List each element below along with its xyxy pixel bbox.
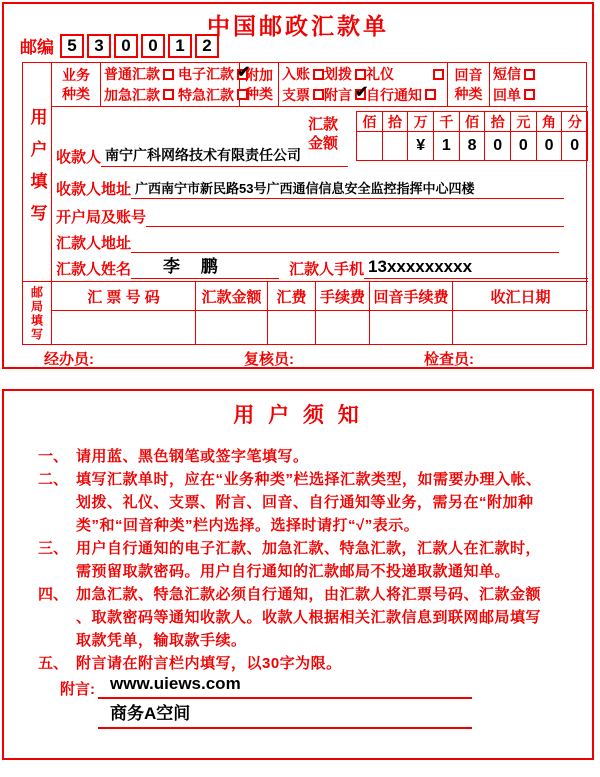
empty-cell — [316, 311, 370, 345]
checkbox-postscript[interactable] — [355, 89, 366, 100]
office-table-empty-row — [52, 311, 588, 345]
sender-mobile-field[interactable]: 13xxxxxxxxx — [364, 257, 588, 279]
office-table-header: 汇 票 号 码 汇款金额 汇费 手续费 回音手续费 收汇日期 — [52, 281, 588, 311]
option-cheque-label: 支票 — [282, 85, 310, 105]
staff-signature-row: 经办员: 复核员: 检查员: — [4, 348, 592, 366]
column-amount: 汇款金额 — [196, 282, 268, 310]
payee-row: 收款人 南宁广科网络技术有限责任公司 — [56, 145, 348, 167]
reply-type-header: 回音 种类 — [448, 63, 490, 106]
notice-item: 一、 请用蓝、黑色钢笔或签字笔填写。 — [38, 445, 572, 468]
user-fill-section-header: 用户填写 — [23, 63, 52, 281]
empty-cell — [268, 311, 316, 345]
column-reply-fee: 回音手续费 — [370, 282, 453, 310]
service-type-header: 业务 种类 — [52, 63, 101, 106]
checkbox-gift[interactable] — [433, 69, 444, 80]
notice-list: 一、 请用蓝、黑色钢笔或签字笔填写。 二、 填写汇款单时，应在“业务种类”栏选择… — [38, 445, 572, 675]
empty-cell — [52, 311, 196, 345]
postal-digit-box[interactable]: 0 — [114, 34, 138, 58]
option-gift-label: 礼仪 — [366, 64, 394, 84]
page: 中国邮政汇款单 邮编 5 3 0 0 1 2 用户填写 邮局填写 业务 种类 — [0, 0, 600, 777]
notice-title: 用 户 须 知 — [4, 399, 592, 429]
amount-digit-cell[interactable]: 1 — [434, 132, 460, 160]
amount-values: ¥ 1 8 0 0 0 0 — [357, 132, 587, 160]
checkbox-receipt[interactable] — [524, 89, 535, 100]
sender-name-label: 汇款人姓名 — [56, 258, 131, 279]
option-urgent-remittance-label: 加急汇款 — [104, 85, 160, 105]
empty-cell — [370, 311, 453, 345]
column-receive-date: 收汇日期 — [453, 282, 588, 310]
bank-account-field[interactable] — [146, 225, 564, 227]
amount-unit-header: 佰 拾 万 千 佰 拾 元 角 分 — [357, 112, 587, 132]
amount-digit-cell[interactable]: 0 — [485, 132, 511, 160]
bank-account-label: 开户局及账号 — [56, 206, 146, 227]
postscript-line-2[interactable]: 商务A空间 — [98, 702, 472, 729]
column-remit-fee: 汇费 — [268, 282, 316, 310]
checkbox-cheque[interactable] — [313, 89, 324, 100]
postal-digit-box[interactable]: 0 — [141, 34, 165, 58]
money-order-form: 中国邮政汇款单 邮编 5 3 0 0 1 2 用户填写 邮局填写 业务 种类 — [2, 2, 594, 369]
option-self-notify-label: 自行通知 — [366, 85, 422, 105]
option-ordinary-remittance-label: 普通汇款 — [104, 64, 160, 84]
checkbox-express-remittance[interactable] — [237, 89, 248, 100]
checkbox-sms[interactable] — [524, 69, 535, 80]
payee-address-field[interactable]: 广西南宁市新民路53号广西通信信息安全监控指挥中心四楼 — [131, 178, 564, 199]
postscript-line-1[interactable]: www.uiews.com — [98, 672, 472, 699]
postscript-label: 附言: — [60, 678, 95, 699]
operator-label: 经办员: — [44, 348, 94, 369]
postal-code-label: 邮编 — [20, 33, 54, 58]
sender-name-field[interactable]: 李 鹏 — [131, 252, 279, 279]
postal-digit-box[interactable]: 2 — [195, 34, 219, 58]
payee-address-label: 收款人地址 — [56, 178, 131, 199]
checkbox-self-notify[interactable] — [425, 89, 436, 100]
option-postscript-label: 附言 — [324, 85, 352, 105]
amount-digit-cell[interactable]: 0 — [537, 132, 563, 160]
option-deposit-label: 入账 — [282, 64, 310, 84]
empty-cell — [453, 311, 588, 345]
postal-digit-box[interactable]: 3 — [87, 34, 111, 58]
reviewer-label: 复核员: — [244, 348, 294, 369]
checkbox-deposit[interactable] — [313, 69, 324, 80]
option-receipt-label: 回单 — [493, 85, 521, 105]
user-notice-panel: 用 户 须 知 一、 请用蓝、黑色钢笔或签字笔填写。 二、 填写汇款单时，应在“… — [2, 389, 594, 760]
inspector-label: 检查员: — [424, 348, 474, 369]
column-service-fee: 手续费 — [316, 282, 370, 310]
column-draft-number: 汇 票 号 码 — [52, 282, 196, 310]
checkbox-urgent-remittance[interactable] — [163, 89, 174, 100]
reply-type-options: 短信 回单 — [490, 63, 584, 106]
sender-mobile-label: 汇款人手机 — [289, 258, 364, 279]
checkbox-ordinary-remittance[interactable] — [163, 69, 174, 80]
user-fill-label: 用户填写 — [25, 108, 50, 236]
amount-digit-cell[interactable] — [383, 132, 409, 160]
addon-type-options: 入账 划拨 礼仪 支票 附言 自行通知 — [279, 63, 448, 106]
postal-digit-box[interactable]: 1 — [168, 34, 192, 58]
notice-item: 三、 用户自行通知的电子汇款、加急汇款、特急汇款，汇款人在汇款时， 需预留取款密… — [38, 537, 572, 583]
checkbox-electronic-remittance[interactable] — [237, 69, 248, 80]
amount-digit-cell[interactable]: 0 — [562, 132, 587, 160]
amount-digit-cell[interactable]: ¥ — [408, 132, 434, 160]
user-fill-area: 汇款 金额 佰 拾 万 千 佰 拾 元 角 分 — [52, 107, 588, 281]
sender-address-row: 汇款人地址 — [56, 231, 559, 253]
notice-item: 二、 填写汇款单时，应在“业务种类”栏选择汇款类型，如需要办理入帐、 划拨、礼仪… — [38, 468, 572, 537]
sender-address-label: 汇款人地址 — [56, 232, 131, 253]
amount-digit-cell[interactable] — [357, 132, 383, 160]
empty-cell — [196, 311, 268, 345]
option-transfer-label: 划拨 — [324, 64, 352, 84]
form-table: 用户填写 邮局填写 业务 种类 普通汇款 电子汇款 — [22, 62, 587, 345]
amount-table: 佰 拾 万 千 佰 拾 元 角 分 ¥ 1 — [356, 111, 588, 161]
bank-account-row: 开户局及账号 — [56, 205, 564, 227]
business-type-row: 业务 种类 普通汇款 电子汇款 加急汇款 特急汇款 — [52, 63, 588, 107]
amount-digit-cell[interactable]: 8 — [460, 132, 486, 160]
service-type-options: 普通汇款 电子汇款 加急汇款 特急汇款 — [101, 63, 240, 106]
postal-digit-box[interactable]: 5 — [60, 34, 84, 58]
sender-name-row: 汇款人姓名 李 鹏 汇款人手机 13xxxxxxxxx — [56, 257, 588, 279]
payee-address-row: 收款人地址 广西南宁市新民路53号广西通信信息安全监控指挥中心四楼 — [56, 177, 564, 199]
postscript-lines: www.uiews.com 商务A空间 — [98, 672, 472, 732]
office-fill-section-header: 邮局填写 — [23, 281, 52, 345]
option-express-remittance-label: 特急汇款 — [178, 85, 234, 105]
postal-code-row: 邮编 5 3 0 0 1 2 — [20, 33, 219, 58]
office-fill-label: 邮局填写 — [29, 286, 46, 342]
payee-field[interactable]: 南宁广科网络技术有限责任公司 — [101, 145, 348, 167]
checkbox-transfer[interactable] — [355, 69, 366, 80]
notice-item: 四、 加急汇款、特急汇款必须自行通知，由汇款人将汇票号码、汇款金额 、取款密码等… — [38, 583, 572, 652]
option-sms-label: 短信 — [493, 64, 521, 84]
amount-digit-cell[interactable]: 0 — [511, 132, 537, 160]
option-electronic-remittance-label: 电子汇款 — [178, 64, 234, 84]
payee-label: 收款人 — [56, 146, 101, 167]
